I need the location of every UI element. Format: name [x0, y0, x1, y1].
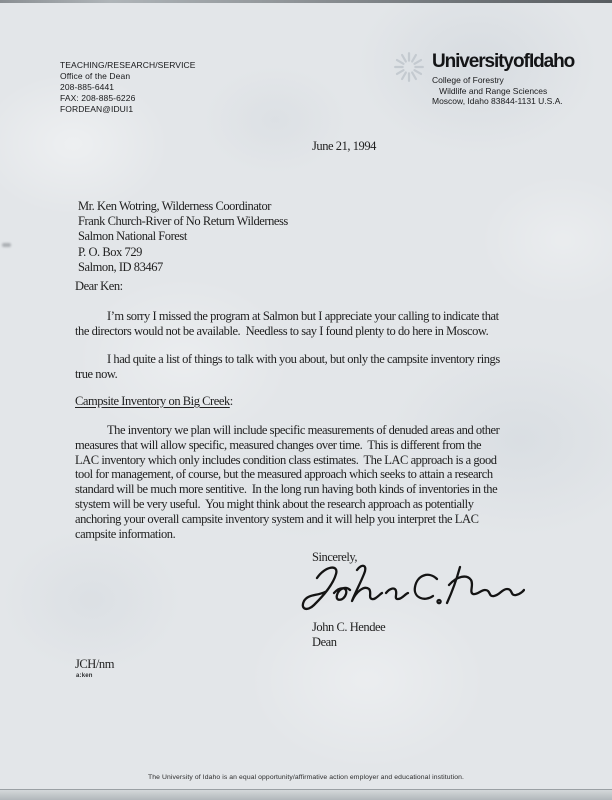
scan-top-edge [0, 0, 612, 3]
letter-date: June 21, 1994 [312, 139, 376, 154]
sun-logo-icon [392, 50, 426, 84]
reference-note: a:ken [76, 673, 93, 679]
section-heading-colon: : [230, 394, 233, 408]
recipient-address: Mr. Ken Wotring, Wilderness CoordinatorF… [78, 199, 288, 275]
handwritten-signature [300, 562, 525, 620]
typed-signature-block: John C. HendeeDean [312, 620, 385, 650]
paragraph-2: I had quite a list of things to talk wit… [75, 352, 580, 382]
salutation: Dear Ken: [75, 279, 123, 294]
scan-smudge [2, 243, 11, 247]
main-paragraph: The inventory we plan will include speci… [75, 423, 580, 541]
section-heading-text: Campsite Inventory on Big Creek [75, 394, 230, 408]
section-heading: Campsite Inventory on Big Creek: [75, 394, 233, 409]
paragraph-1: I’m sorry I missed the program at Salmon… [75, 309, 580, 339]
letterhead-college-lines: College of Forestry Wildlife and Range S… [432, 75, 574, 107]
university-logo-text: University of Idaho [432, 52, 574, 72]
footer-disclaimer: The University of Idaho is an equal oppo… [0, 774, 612, 781]
scan-bottom-edge [0, 789, 612, 800]
letterhead-right-block: University of Idaho College of Forestry … [432, 52, 574, 107]
letter-page: TEACHING/RESEARCH/SERVICEOffice of the D… [0, 0, 612, 800]
letterhead-contact-block: TEACHING/RESEARCH/SERVICEOffice of the D… [60, 60, 196, 115]
reference-initials: JCH/nm [75, 657, 114, 672]
